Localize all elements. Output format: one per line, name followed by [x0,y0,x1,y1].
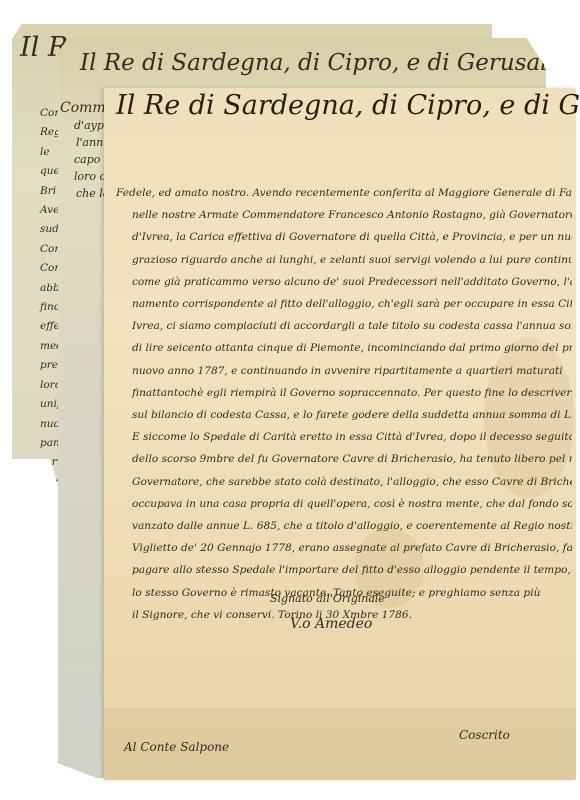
letter-line: come già praticammo verso alcuno de' suo… [116,271,572,293]
letter-line: nelle nostre Armate Commendatore Frances… [116,204,572,226]
middle-letter-title: Il Re di Sardegna, di Cipro, e di Gerusa… [80,50,580,76]
letter-line: sul bilancio di codesta Cassa, e lo fare… [116,404,572,426]
signature-note: Signato all'Originale [270,592,385,605]
royal-signature: V.o Amedeo [290,616,372,632]
letter-line: dello scorso 9mbre del fu Governatore Ca… [116,448,572,470]
letter-line: vanzato dalle annue L. 685, che a titolo… [116,515,572,537]
letter-line: pagare allo stesso Spedale l'importare d… [116,559,572,581]
letter-line: Viglietto de' 20 Gennajo 1778, erano ass… [116,537,572,559]
letter-body: Fedele, ed amato nostro. Avendo recentem… [116,182,572,626]
letter-line: d'Ivrea, la Carica effettiva di Governat… [116,226,572,248]
letter-line: Ivrea, ci siamo compiaciuti di accordarg… [116,315,572,337]
letter-line: occupava in una casa propria di quell'op… [116,493,572,515]
letter-line: namento corrispondente al fitto dell'all… [116,293,572,315]
letter-line: di lire seicento ottanta cinque di Piemo… [116,337,572,359]
letter-line: grazioso riguardo anche ai lunghi, e zel… [116,249,572,271]
letter-line: Governatore, che sarebbe stato colà dest… [116,471,572,493]
letter-line: finattantochè egli riempirà il Governo s… [116,382,572,404]
letter-line: nuovo anno 1787, e continuando in avveni… [116,360,572,382]
letter-line: Fedele, ed amato nostro. Avendo recentem… [116,182,572,204]
registry-annotation: Coscrito [459,728,510,742]
addressee: Al Conte Salpone [124,740,229,754]
letter-title: Il Re di Sardegna, di Cipro, e di Gerusa… [116,90,580,121]
front-letter-sheet: Il Re di Sardegna, di Cipro, e di Gerusa… [104,88,576,780]
letter-line: E siccome lo Spedale di Carità eretto in… [116,426,572,448]
